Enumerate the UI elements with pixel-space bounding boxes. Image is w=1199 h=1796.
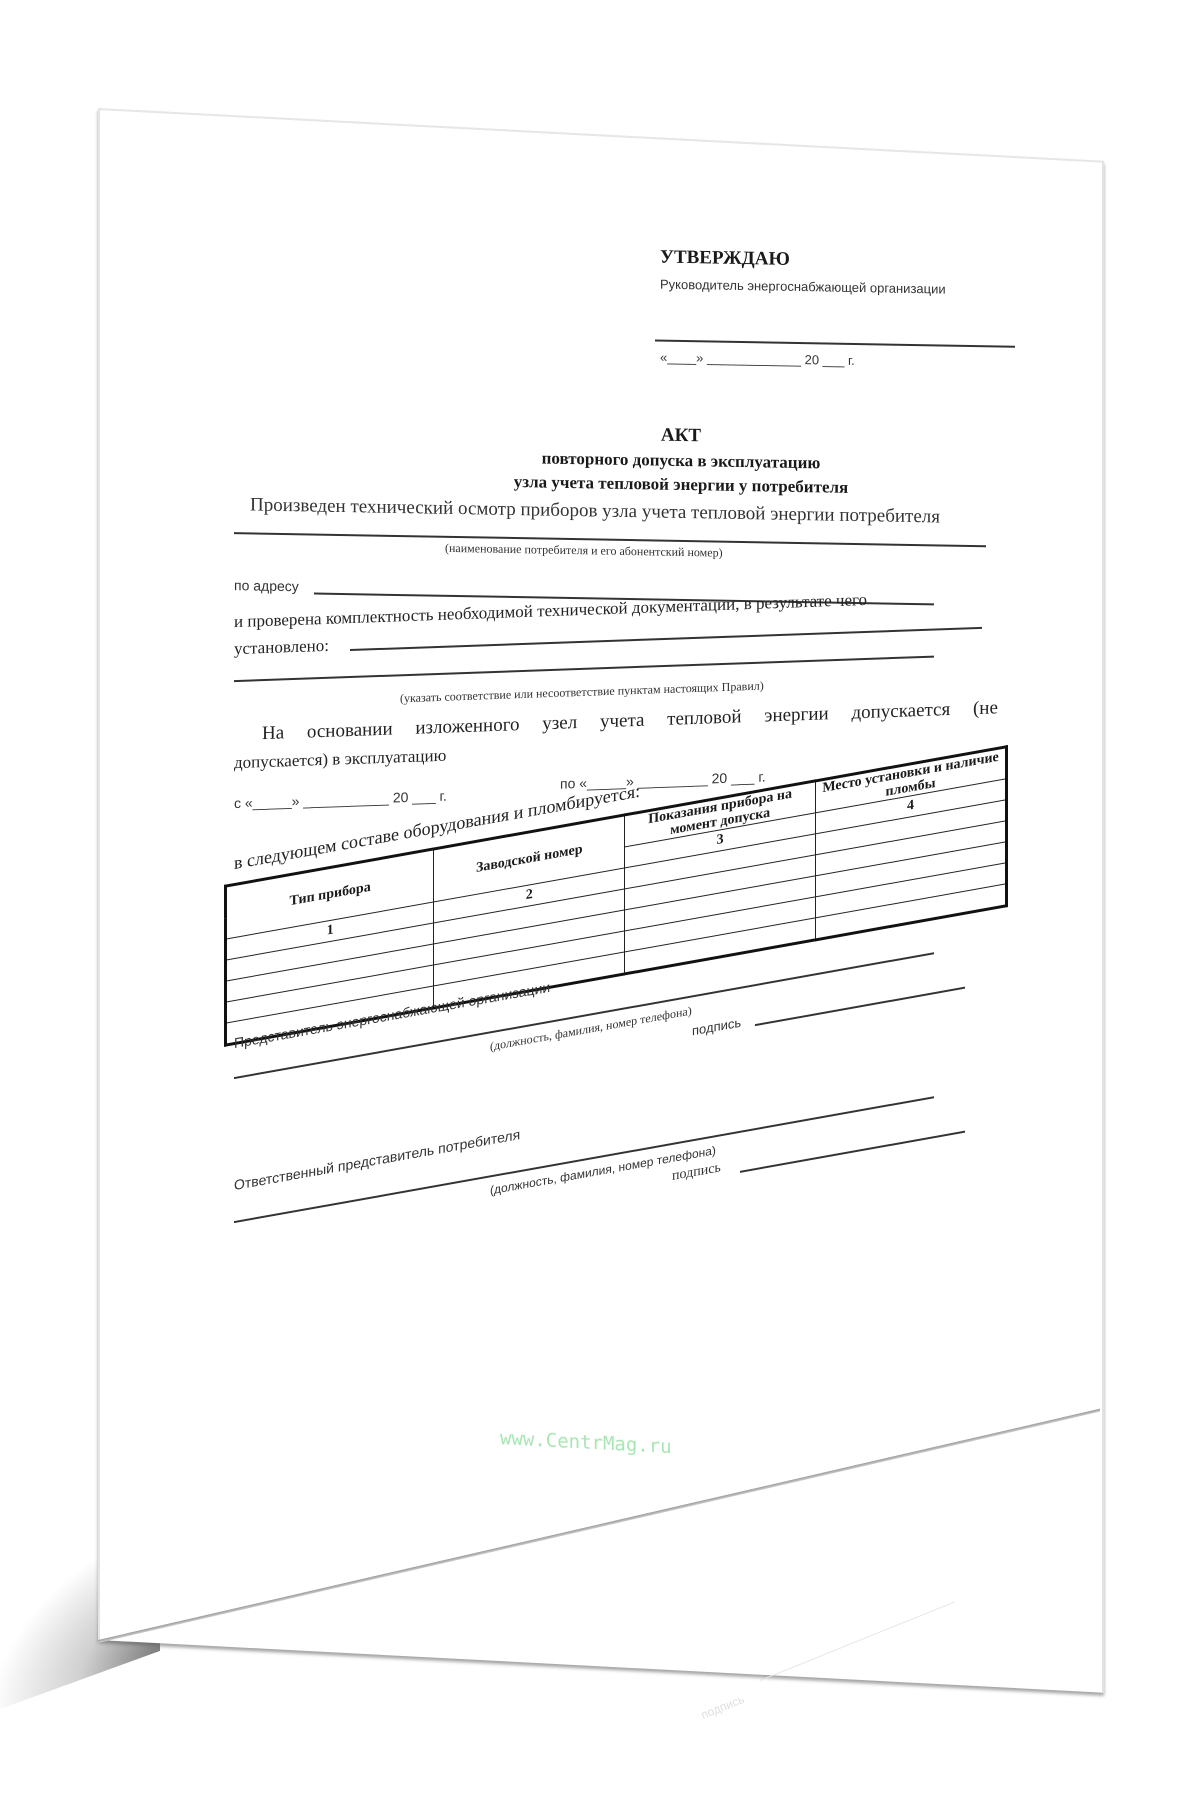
consumer-signature-label: подпись (672, 1160, 721, 1185)
consumer-representative-label: Ответственный представитель потребителя (234, 1126, 520, 1193)
supplier-signature-line (755, 987, 965, 1026)
document-page: УТВЕРЖДАЮ Руководитель энергоснабжающей … (98, 108, 1104, 1693)
supplier-signature-label: подпись (692, 1015, 741, 1039)
consumer-signature-line (740, 1131, 965, 1173)
page-reflection-text: подпись (699, 1692, 746, 1722)
supplier-representative-caption: (должность, фамилия, номер телефона) (490, 1003, 692, 1054)
document-scene: УТВЕРЖДАЮ Руководитель энергоснабжающей … (0, 0, 1199, 1796)
